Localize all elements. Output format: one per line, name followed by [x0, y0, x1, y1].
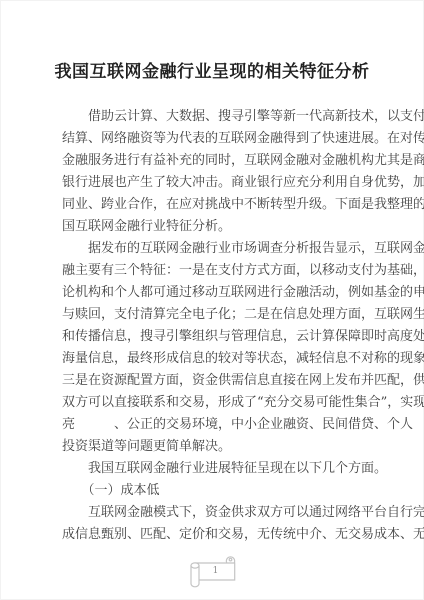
- text-line: 同业、跨业合作，在应对挑战中不断转型升级。下面是我整理的我: [62, 194, 397, 216]
- document-page: 我国互联网金融行业呈现的相关特征分析 借助云计算、大数据、搜寻引擎等新一代高新技…: [0, 0, 424, 600]
- text-line: 据发布的互联网金融行业市场调查分析报告显示，互联网金: [62, 238, 397, 260]
- text-line: 成信息甄别、匹配、定价和交易，无传统中介、无交易成本、无垄: [62, 524, 397, 546]
- page-number: 1: [196, 564, 235, 579]
- text-line: 结算、网络融资等为代表的互联网金融得到了快速进展。在对传统: [62, 128, 397, 150]
- text-line: 互联网金融模式下，资金供求双方可以通过网络平台自行完: [62, 502, 397, 524]
- text-line: 国互联网金融行业特征分析。: [62, 216, 397, 238]
- text-line: 投资渠道等问题更简单解决。: [62, 436, 397, 458]
- text-line: 海量信息，最终形成信息的较对等状态，减轻信息不对称的现象；: [62, 348, 397, 370]
- paragraph: 据发布的互联网金融行业市场调查分析报告显示，互联网金融主要有三个特征：一是在支付…: [62, 238, 397, 458]
- text-line: 三是在资源配置方面，资金供需信息直接在网上发布并匹配，供需: [62, 370, 397, 392]
- text-line: 借助云计算、大数据、搜寻引擎等新一代高新技术，以支付: [62, 106, 397, 128]
- paragraph: （一）成本低: [62, 480, 397, 502]
- scroll-banner-icon: 1: [184, 553, 240, 593]
- paragraph: 借助云计算、大数据、搜寻引擎等新一代高新技术，以支付结算、网络融资等为代表的互联…: [62, 106, 397, 238]
- text-line: 金融服务进行有益补充的同时，互联网金融对金融机构尤其是商业: [62, 150, 397, 172]
- paragraph: 互联网金融模式下，资金供求双方可以通过网络平台自行完成信息甄别、匹配、定价和交易…: [62, 502, 397, 546]
- text-line: 和传播信息，搜寻引擎组织与管理信息，云计算保障即时高度处理: [62, 326, 397, 348]
- text-line: 亮 、公正的交易环境，中小企业融资、民间借贷、个人: [62, 414, 397, 436]
- paragraph: 我国互联网金融行业进展特征呈现在以下几个方面。: [62, 458, 397, 480]
- text-line: 融主要有三个特征：一是在支付方式方面，以移动支付为基础，无: [62, 260, 397, 282]
- text-line: 论机构和个人都可通过移动互联网进行金融活动，例如基金的申购: [62, 282, 397, 304]
- document-title: 我国互联网金融行业呈现的相关特征分析: [0, 0, 424, 85]
- document-content: 借助云计算、大数据、搜寻引擎等新一代高新技术，以支付结算、网络融资等为代表的互联…: [62, 106, 397, 546]
- text-line: （一）成本低: [62, 480, 397, 502]
- text-line: 双方可以直接联系和交易，形成了“充分交易可能性集合”，实现透: [62, 392, 397, 414]
- text-line: 与赎回，支付清算完全电子化；二是在信息处理方面，互联网生成: [62, 304, 397, 326]
- text-line: 我国互联网金融行业进展特征呈现在以下几个方面。: [62, 458, 397, 480]
- text-line: 银行进展也产生了较大冲击。商业银行应充分利用自身优势，加强: [62, 172, 397, 194]
- page-footer: 1: [0, 553, 424, 593]
